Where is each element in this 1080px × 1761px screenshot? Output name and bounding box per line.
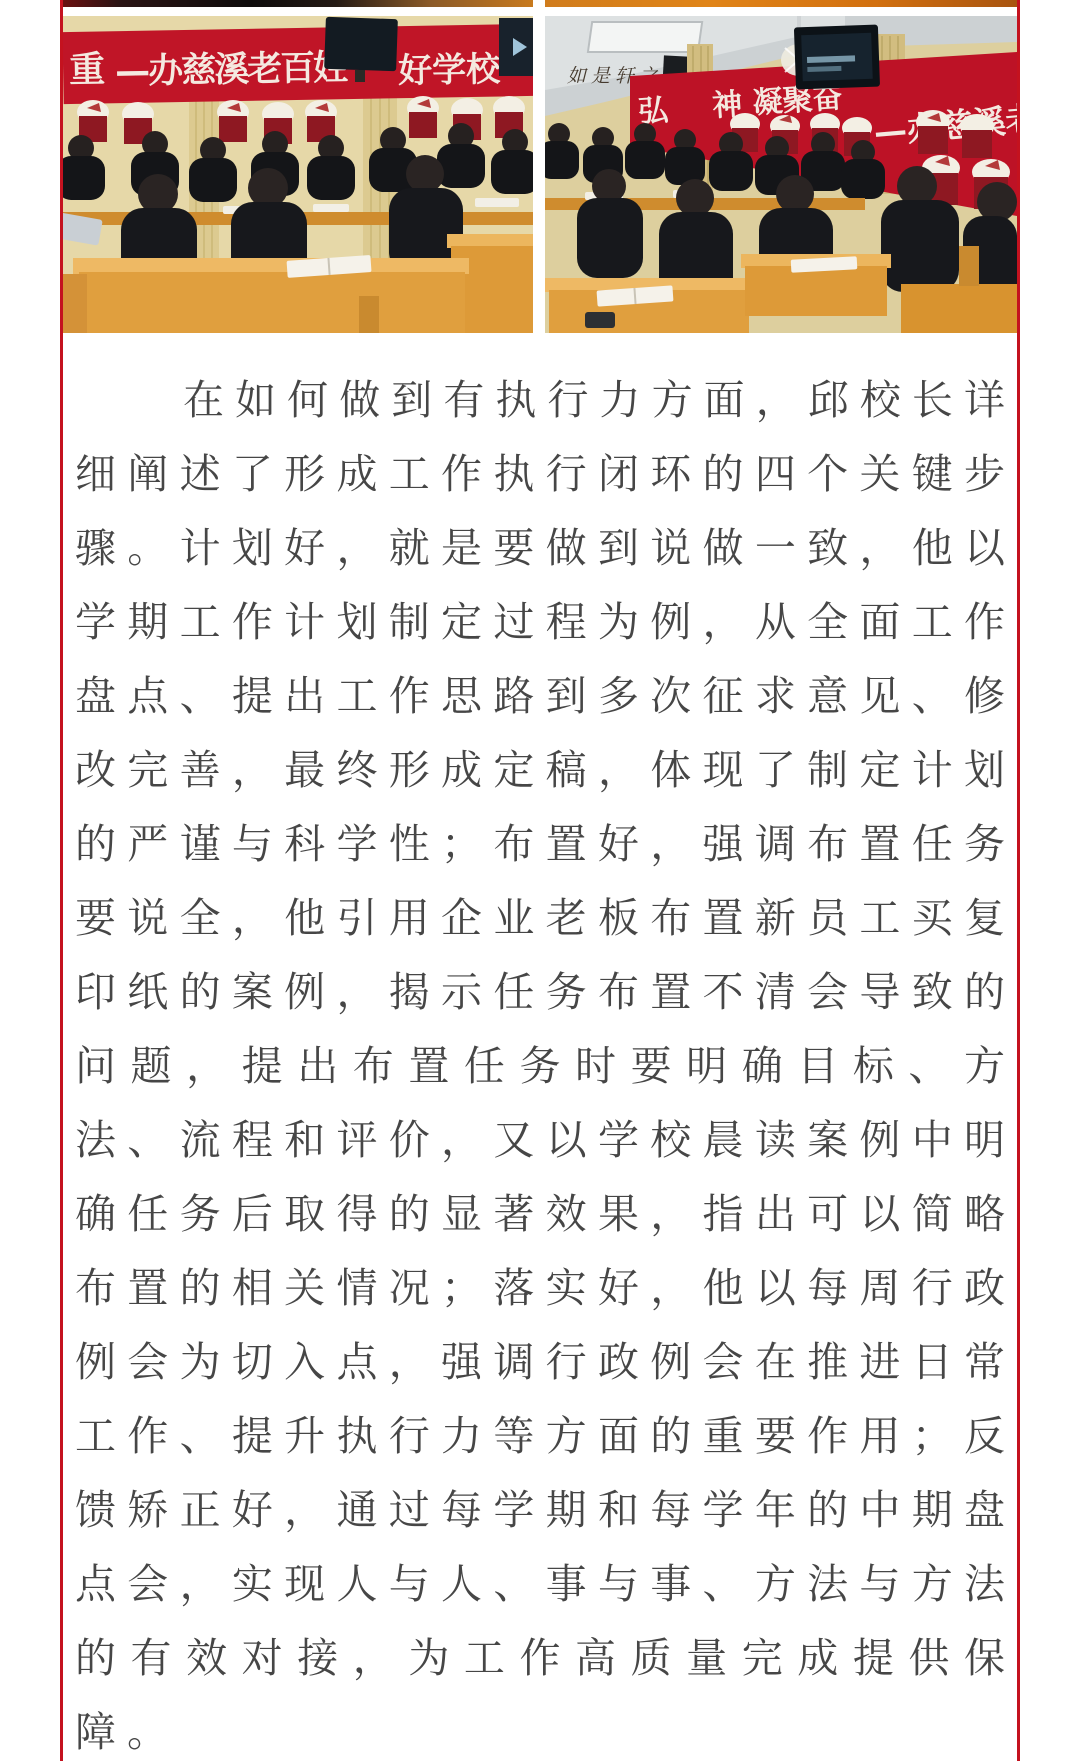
article-line: 印纸的案例，揭示任务布置不清会导致的	[75, 955, 1005, 1029]
article-line: 布置的相关情况；落实好，他以每周行政	[75, 1251, 1005, 1325]
tv-screen	[794, 25, 880, 90]
article-line: 确任务后取得的显著效果，指出可以简略	[75, 1177, 1005, 1251]
classroom-photo-right[interactable]: 如是轩之盛 弘 神	[545, 16, 1017, 333]
banner-text: —办慈溪老百姓	[115, 48, 349, 92]
side-screen	[499, 18, 533, 76]
article-line: 障。	[75, 1695, 1005, 1761]
content-frame: 重 —办慈溪老百姓 好学校	[60, 0, 1020, 1761]
banner-text-fragment: 重	[69, 49, 106, 91]
article-line: 问题，提出布置任务时要明确目标、方	[75, 1029, 1005, 1103]
article-body: 在如何做到有执行力方面，邱校长详 细阐述了形成工作执行闭环的四个关键步 骤。计划…	[75, 363, 1005, 1761]
article-line: 学期工作计划制定过程为例，从全面工作	[75, 585, 1005, 659]
previous-photo-sliver	[63, 0, 1017, 7]
previous-photo-sliver-left	[63, 0, 533, 7]
previous-photo-sliver-right	[545, 0, 1017, 7]
stage-banner: 重 —办慈溪老百姓 好学校	[63, 24, 533, 104]
article-page: 重 —办慈溪老百姓 好学校	[0, 0, 1080, 1761]
article-line: 在如何做到有执行力方面，邱校长详	[75, 363, 1005, 437]
article-line: 盘点、提出工作思路到多次征求意见、修	[75, 659, 1005, 733]
classroom-photo-left[interactable]: 重 —办慈溪老百姓 好学校	[63, 16, 533, 333]
article-line: 要说全，他引用企业老板布置新员工买复	[75, 881, 1005, 955]
article-line: 点会，实现人与人、事与事、方法与方法	[75, 1547, 1005, 1621]
article-line: 的有效对接，为工作高质量完成提供保	[75, 1621, 1005, 1695]
article-line: 馈矫正好，通过每学期和每学年的中期盘	[75, 1473, 1005, 1547]
banner-text-fragment: 好学校	[398, 49, 502, 91]
photo-row: 重 —办慈溪老百姓 好学校	[63, 16, 1017, 333]
article-line: 骤。计划好，就是要做到说做一致，他以	[75, 511, 1005, 585]
article-line: 工作、提升执行力等方面的重要作用；反	[75, 1399, 1005, 1473]
article-line: 的严谨与科学性；布置好，强调布置任务	[75, 807, 1005, 881]
article-line: 改完善，最终形成定稿，体现了制定计划	[75, 733, 1005, 807]
article-line: 法、流程和评价，又以学校晨读案例中明	[75, 1103, 1005, 1177]
article-line: 细阐述了形成工作执行闭环的四个关键步	[75, 437, 1005, 511]
article-line: 例会为切入点，强调行政例会在推进日常	[75, 1325, 1005, 1399]
